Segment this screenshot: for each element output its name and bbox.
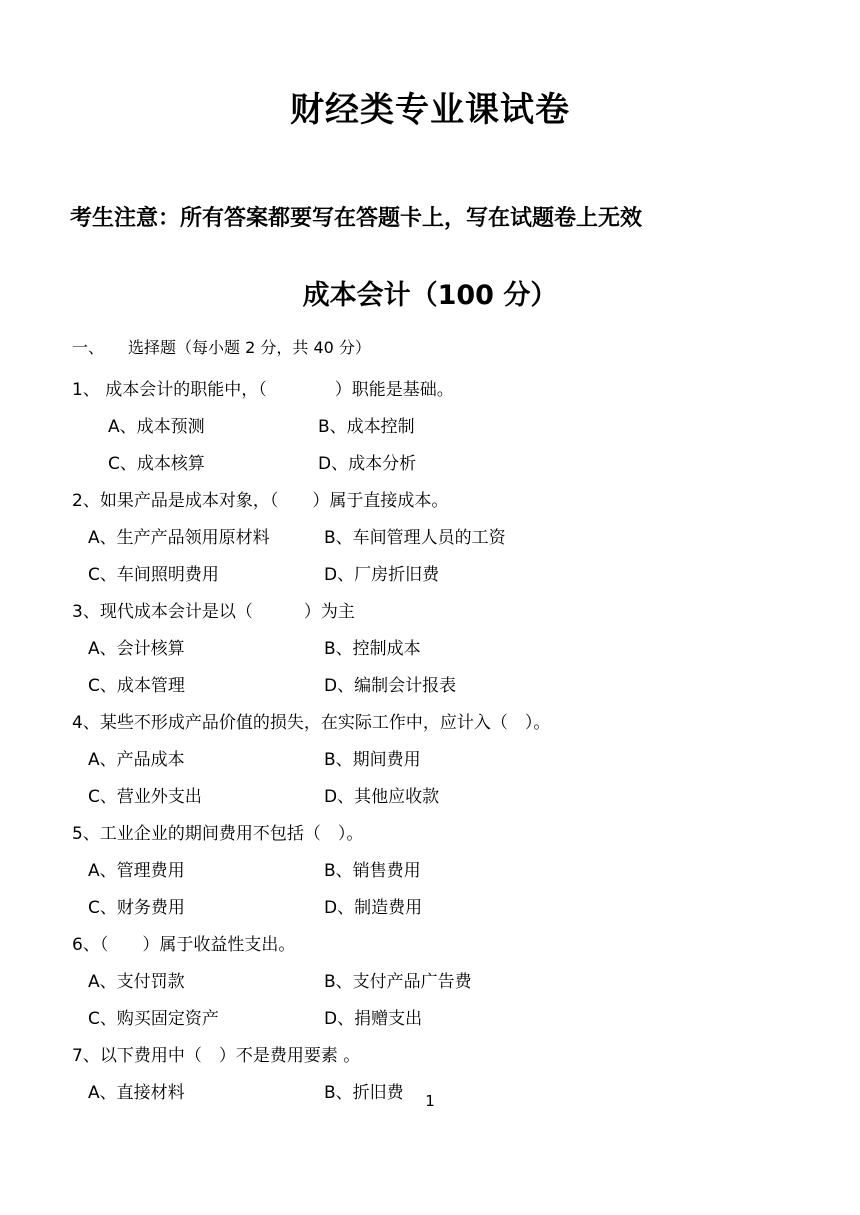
question-6-text: 6、（ ）属于收益性支出。 [72,927,860,964]
section-title: 成本会计（100 分） [0,278,860,314]
question-6-options: A、支付罚款 B、支付产品广告费 C、购买固定资产 D、捐赠支出 [88,964,860,1038]
question-2-option-a: A、生产产品领用原材料 [88,520,324,557]
question-3-option-a: A、会计核算 [88,631,324,668]
question-4-option-c: C、营业外支出 [88,779,324,816]
question-1: 1、 成本会计的职能中，（ ）职能是基础。 A、成本预测 B、成本控制 C、成本… [0,372,860,483]
question-5-option-b: B、销售费用 [324,853,860,890]
question-2: 2、如果产品是成本对象，（ ）属于直接成本。 A、生产产品领用原材料 B、车间管… [0,483,860,594]
question-6: 6、（ ）属于收益性支出。 A、支付罚款 B、支付产品广告费 C、购买固定资产 … [0,927,860,1038]
question-4-option-b: B、期间费用 [324,742,860,779]
question-1-option-c: C、成本核算 [108,446,318,483]
question-6-option-c: C、购买固定资产 [88,1001,324,1038]
question-1-option-d: D、成本分析 [318,446,860,483]
question-5-text: 5、工业企业的期间费用不包括（ ）。 [72,816,860,853]
page-number: 1 [0,1092,860,1110]
question-5-option-d: D、制造费用 [324,890,860,927]
question-3-option-b: B、控制成本 [324,631,860,668]
question-3: 3、现代成本会计是以（ ）为主 A、会计核算 B、控制成本 C、成本管理 D、编… [0,594,860,705]
question-2-option-b: B、车间管理人员的工资 [324,520,860,557]
question-2-option-d: D、厂房折旧费 [324,557,860,594]
question-5-option-c: C、财务费用 [88,890,324,927]
question-7-text: 7、以下费用中（ ）不是费用要素 。 [72,1038,860,1075]
question-6-option-b: B、支付产品广告费 [324,964,860,1001]
question-5: 5、工业企业的期间费用不包括（ ）。 A、管理费用 B、销售费用 C、财务费用 … [0,816,860,927]
question-list: 1、 成本会计的职能中，（ ）职能是基础。 A、成本预测 B、成本控制 C、成本… [0,372,860,1112]
question-6-option-a: A、支付罚款 [88,964,324,1001]
question-1-text: 1、 成本会计的职能中，（ ）职能是基础。 [72,372,860,409]
question-3-options: A、会计核算 B、控制成本 C、成本管理 D、编制会计报表 [88,631,860,705]
question-2-text: 2、如果产品是成本对象，（ ）属于直接成本。 [72,483,860,520]
doc-title: 财经类专业课试卷 [0,88,860,132]
question-3-option-c: C、成本管理 [88,668,324,705]
question-1-option-b: B、成本控制 [318,409,860,446]
question-2-option-c: C、车间照明费用 [88,557,324,594]
question-2-options: A、生产产品领用原材料 B、车间管理人员的工资 C、车间照明费用 D、厂房折旧费 [88,520,860,594]
question-3-option-d: D、编制会计报表 [324,668,860,705]
question-1-option-a: A、成本预测 [108,409,318,446]
question-6-option-d: D、捐赠支出 [324,1001,860,1038]
question-4-options: A、产品成本 B、期间费用 C、营业外支出 D、其他应收款 [88,742,860,816]
question-3-text: 3、现代成本会计是以（ ）为主 [72,594,860,631]
question-4-option-d: D、其他应收款 [324,779,860,816]
notice-text: 考生注意：所有答案都要写在答题卡上，写在试题卷上无效 [70,204,860,234]
question-5-option-a: A、管理费用 [88,853,324,890]
question-4-option-a: A、产品成本 [88,742,324,779]
question-5-options: A、管理费用 B、销售费用 C、财务费用 D、制造费用 [88,853,860,927]
question-1-options: A、成本预测 B、成本控制 C、成本核算 D、成本分析 [108,409,860,483]
question-4: 4、某些不形成产品价值的损失，在实际工作中，应计入（ ）。 A、产品成本 B、期… [0,705,860,816]
exam-page: 财经类专业课试卷 考生注意：所有答案都要写在答题卡上，写在试题卷上无效 成本会计… [0,0,860,1215]
question-4-text: 4、某些不形成产品价值的损失，在实际工作中，应计入（ ）。 [72,705,860,742]
section-intro: 一、 选择题（每小题 2 分，共 40 分） [72,338,860,358]
